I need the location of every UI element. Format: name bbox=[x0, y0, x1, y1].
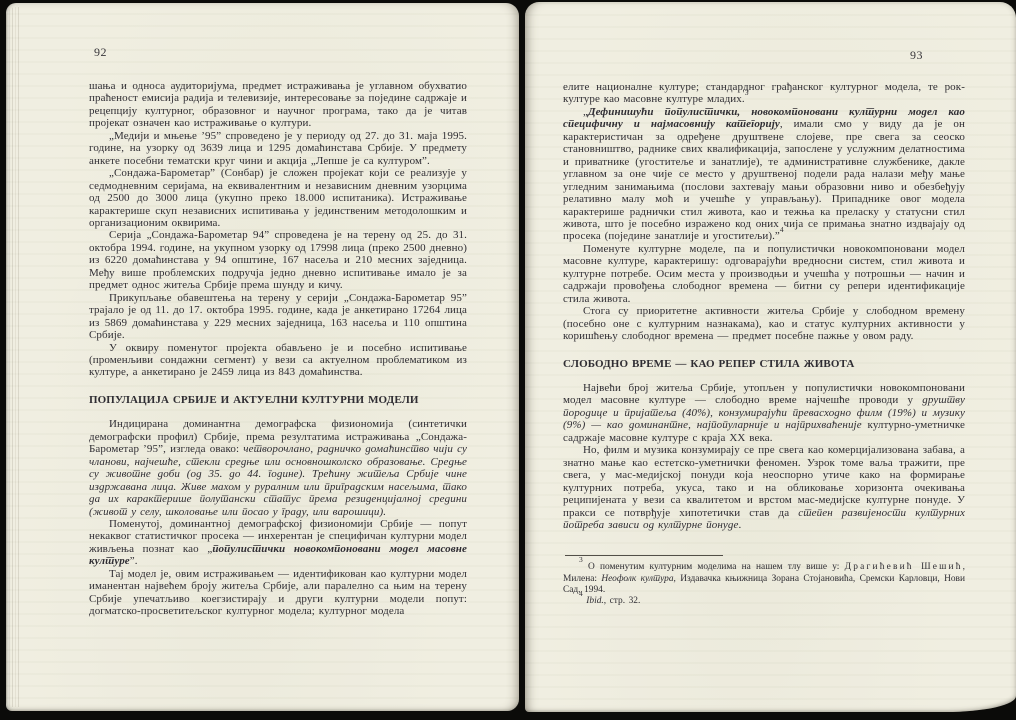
page-edge-stack bbox=[6, 7, 19, 707]
right-text-column: 93 елите националне културе; стандардног… bbox=[563, 48, 965, 607]
paragraph: „Сондажа-Барометар” (Сонбар) је сложен п… bbox=[89, 167, 467, 229]
right-body-text: елите националне културе; стандардног гр… bbox=[563, 81, 965, 531]
paragraph: Највећи број житеља Србије, утопљен у по… bbox=[563, 382, 965, 444]
paragraph: Но, филм и музика конзумирају се пре све… bbox=[563, 444, 965, 531]
book-scan-spread: 92 шања и односа аудиторијума, предмет и… bbox=[0, 0, 1016, 720]
paragraph: Серија „Сондажа-Барометар 94” спроведена… bbox=[89, 229, 467, 291]
footnote: 4 Ibid., стр. 32. bbox=[563, 596, 965, 607]
paragraph: „Дефинишући популистички, новокомпонован… bbox=[563, 106, 965, 243]
footnotes: 3 О поменутим културним моделима на наше… bbox=[563, 555, 965, 607]
footnote-reference: 4 bbox=[780, 225, 784, 234]
page-number: 92 bbox=[89, 45, 467, 60]
footnote-reference: 3 bbox=[745, 88, 749, 97]
paragraph: Поменутој, доминантној демографској физи… bbox=[89, 518, 467, 568]
paragraph: У оквиру поменутог пројекта обављено је … bbox=[89, 342, 467, 379]
paragraph: Тај модел је, овим истраживањем — иденти… bbox=[89, 568, 467, 618]
page-number: 93 bbox=[563, 48, 965, 63]
paragraph: елите националне културе; стандардног гр… bbox=[563, 81, 965, 106]
section-heading: СЛОБОДНО ВРЕМЕ — КАО РЕПЕР СТИЛА ЖИВОТА bbox=[563, 358, 965, 370]
left-body-text: шања и односа аудиторијума, предмет истр… bbox=[89, 80, 467, 618]
left-text-column: 92 шања и односа аудиторијума, предмет и… bbox=[89, 45, 467, 618]
paragraph: Прикупљање обавештења на терену у серији… bbox=[89, 292, 467, 342]
page-right: 93 елите националне културе; стандардног… bbox=[525, 2, 1016, 712]
footnote: 3 О поменутим културним моделима на наше… bbox=[563, 562, 965, 596]
paragraph: Поменуте културне моделе, па и популисти… bbox=[563, 243, 965, 305]
paragraph: „Медији и мњење ’95” спроведено је у пер… bbox=[89, 130, 467, 167]
page-left: 92 шања и односа аудиторијума, предмет и… bbox=[6, 3, 519, 711]
paragraph: Стога су приоритетне активности житеља С… bbox=[563, 305, 965, 342]
footnote-rule bbox=[565, 555, 723, 556]
paragraph: Индицирана доминантна демографска физион… bbox=[89, 418, 467, 518]
paragraph: шања и односа аудиторијума, предмет истр… bbox=[89, 80, 467, 130]
section-heading: ПОПУЛАЦИЈА СРБИЈЕ И АКТУЕЛНИ КУЛТУРНИ МО… bbox=[89, 394, 467, 406]
